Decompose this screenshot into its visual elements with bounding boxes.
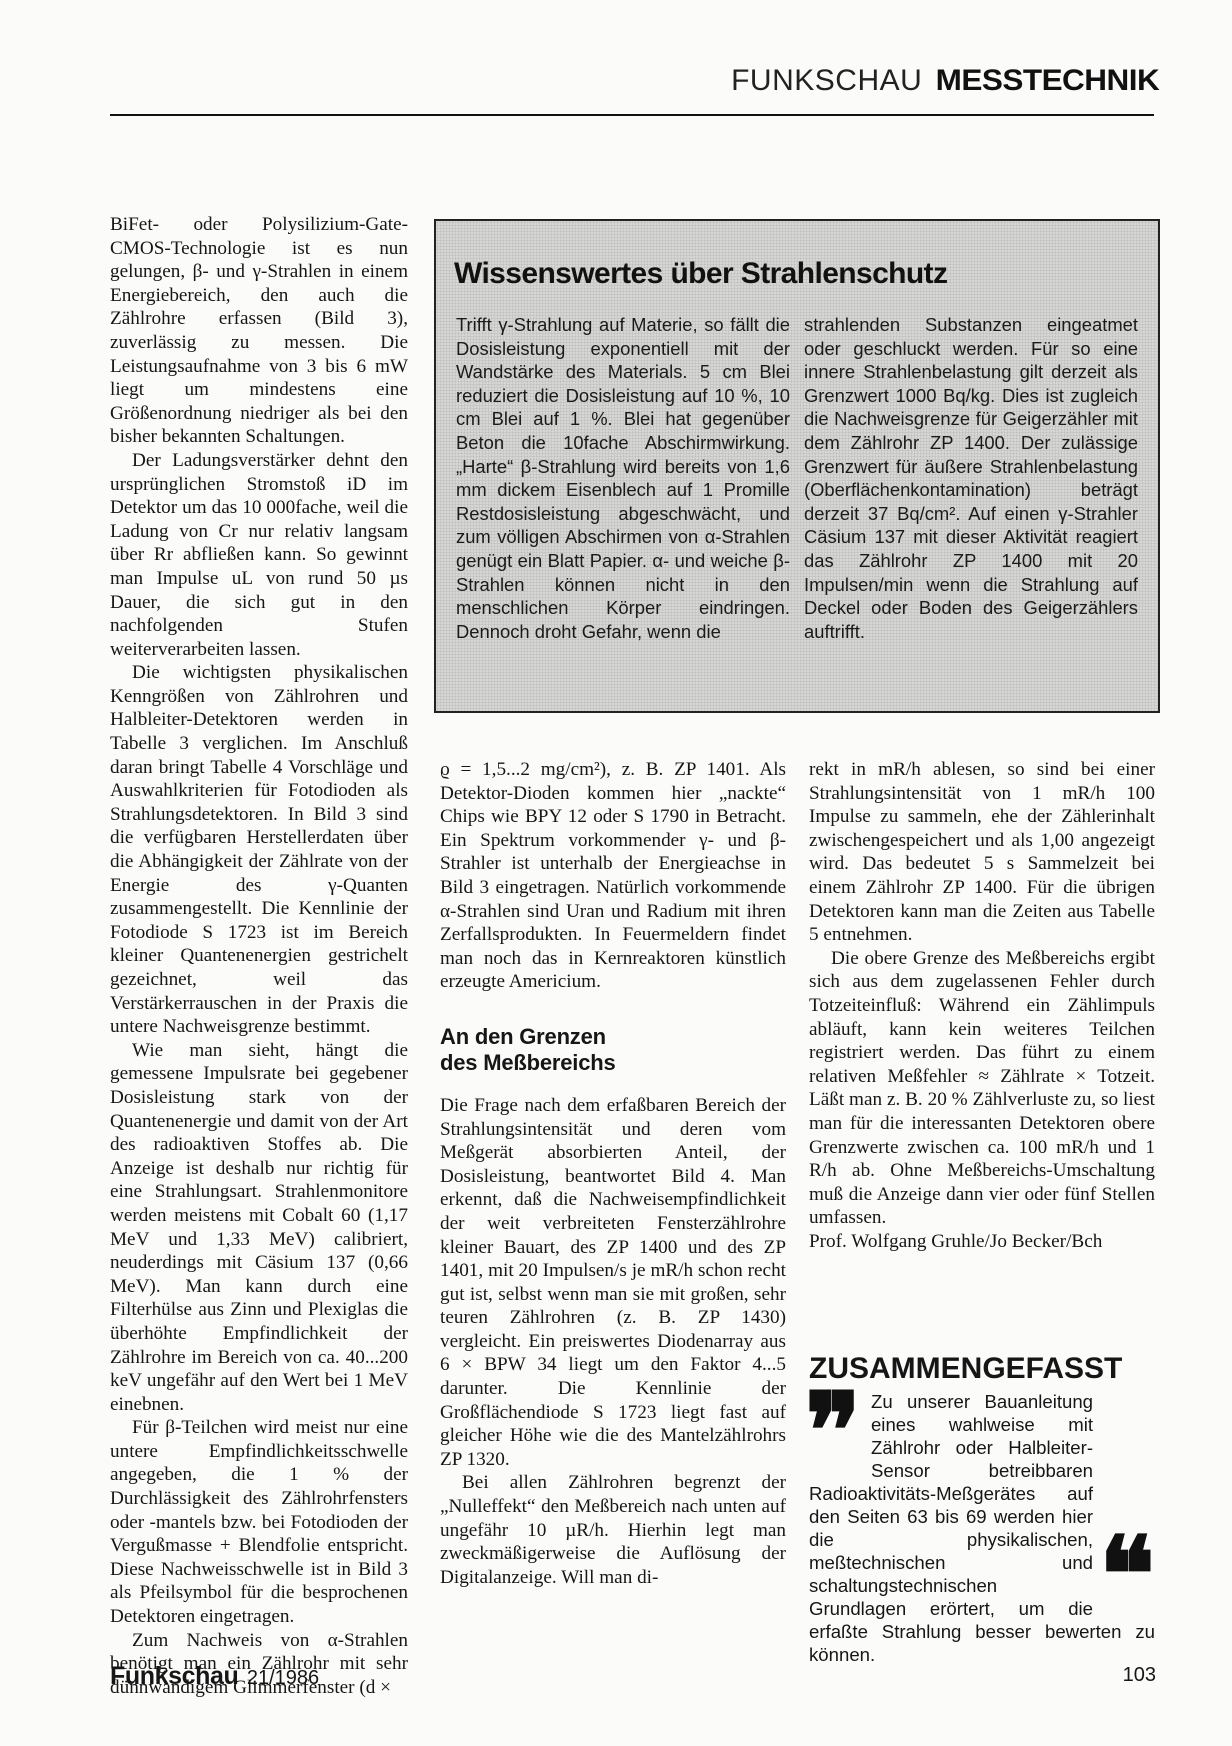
paragraph: rekt in mR/h ablesen, so sind bei einer … [809, 758, 1155, 947]
page-header: FUNKSCHAU MESSTECHNIK [110, 58, 1154, 116]
close-quote-icon: ❝ [1099, 1540, 1155, 1610]
paragraph: Wie man sieht, hängt die gemessene Impul… [110, 1039, 408, 1417]
magazine-brand: FUNKSCHAU [731, 64, 922, 97]
summary-body: ❞ ❝ Zu unserer Bauanleitung eines wahlwe… [809, 1390, 1155, 1666]
paragraph: BiFet- oder Polysilizium-Gate-CMOS-Techn… [110, 213, 408, 449]
article-column-2: ϱ = 1,5...2 mg/cm²), z. B. ZP 1401. Als … [440, 758, 786, 1589]
article-column-1: BiFet- oder Polysilizium-Gate-CMOS-Techn… [110, 213, 408, 1699]
footer-publication: Funkschau 21/1986 [110, 1662, 319, 1691]
info-box-text-left: Trifft γ-Strahlung auf Materie, so fällt… [456, 313, 790, 643]
info-box-text-right: strahlenden Substanzen eingeatmet oder g… [804, 313, 1138, 643]
section-name: MESSTECHNIK [936, 64, 1160, 98]
paragraph: Für β-Teilchen wird meist nur eine unter… [110, 1416, 408, 1628]
paragraph: Bei allen Zählrohren begrenzt der „Nulle… [440, 1471, 786, 1589]
open-quote-icon: ❞ [805, 1396, 861, 1466]
footer-magazine-name: Funkschau [110, 1662, 238, 1690]
subheading-line: An den Grenzen [440, 1024, 786, 1050]
subheading-line: des Meßbereichs [440, 1050, 786, 1076]
paragraph: Die Frage nach dem erfaßbaren Bereich de… [440, 1094, 786, 1472]
header-title: FUNKSCHAU MESSTECHNIK [731, 64, 1154, 98]
paragraph: Die obere Grenze des Meßbereichs ergibt … [809, 947, 1155, 1230]
article-column-3: rekt in mR/h ablesen, so sind bei einer … [809, 758, 1155, 1253]
page-number: 103 [1123, 1664, 1156, 1687]
footer-issue: 21/1986 [247, 1667, 319, 1689]
paragraph: Der Ladungsverstärker dehnt den ursprüng… [110, 449, 408, 661]
info-box-radiation-protection: Wissenswertes über Strahlenschutz Trifft… [434, 219, 1160, 713]
info-box-title: Wissenswertes über Strahlenschutz [454, 257, 947, 291]
paragraph: Die wichtigsten physikalischen Kenngröße… [110, 661, 408, 1039]
author-credit: Prof. Wolfgang Gruhle/Jo Becker/Bch [809, 1230, 1155, 1254]
section-subheading: An den Grenzen des Meßbereichs [440, 1024, 786, 1076]
paragraph: ϱ = 1,5...2 mg/cm²), z. B. ZP 1401. Als … [440, 758, 786, 994]
summary-box: ZUSAMMENGEFASST ❞ ❝ Zu unserer Bauanleit… [809, 1352, 1155, 1666]
